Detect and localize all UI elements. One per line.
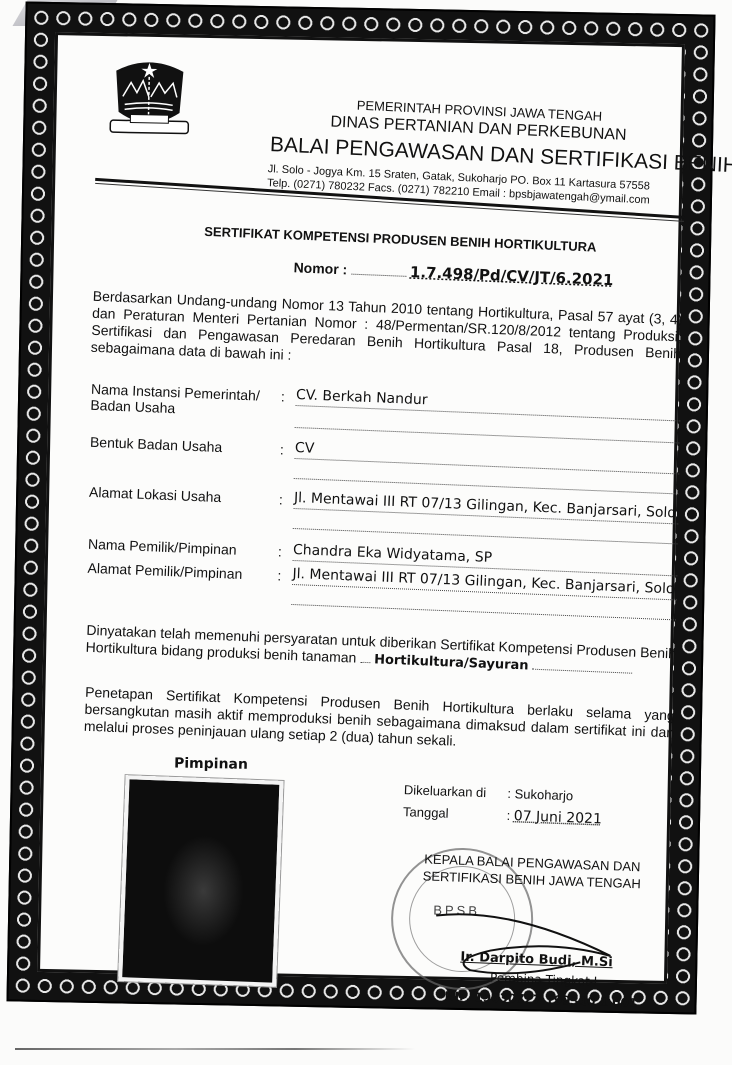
jawa-tengah-emblem-icon <box>106 56 193 148</box>
field-label: Bentuk Badan Usaha <box>90 434 280 458</box>
scan-edge <box>15 1048 415 1050</box>
number-value: 1.7.498/Pd/CV/JT/6.2021 <box>410 263 614 289</box>
field-label: Alamat Lokasi Usaha <box>89 484 279 508</box>
issued-place-value: Sukoharjo <box>514 786 573 803</box>
statement-crop: Hortikultura/Sayuran <box>374 652 529 673</box>
field-label: Nama Instansi Pemerintah/ Badan Usaha <box>90 381 281 421</box>
validity-paragraph: Penetapan Sertifikat Kompetensi Produsen… <box>84 684 676 759</box>
certificate-number: Nomor : 1.7.498/Pd/CV/JT/6.2021 <box>293 258 613 289</box>
intro-paragraph: Berdasarkan Undang-undang Nomor 13 Tahun… <box>90 288 682 380</box>
issuance-block: Dikeluarkan di : Sukoharjo Tanggal : 07 … <box>403 782 603 833</box>
certificate-body: PEMERINTAH PROVINSI JAWA TENGAH DINAS PE… <box>37 32 685 984</box>
photo-caption: Pimpinan <box>174 755 248 772</box>
field-business-type: Bentuk Badan Usaha : CV <box>90 434 680 478</box>
field-value: Jl. Mentawai III RT 07/13 Gilingan, Kec.… <box>294 490 679 524</box>
field-company-name: Nama Instansi Pemerintah/ Badan Usaha : … <box>91 381 681 425</box>
field-label: Nama Pemilik/Pimpinan <box>88 536 278 560</box>
field-value: CV <box>295 440 680 474</box>
owner-photo <box>118 775 283 987</box>
certificate-frame: PEMERINTAH PROVINSI JAWA TENGAH DINAS PE… <box>6 1 715 1014</box>
scanned-page: PEMERINTAH PROVINSI JAWA TENGAH DINAS PE… <box>0 0 732 1065</box>
field-label: Alamat Pemilik/Pimpinan <box>87 560 277 584</box>
statement-paragraph: Dinyatakan telah memenuhi persyaratan un… <box>85 622 676 681</box>
field-value: CV. Berkah Nandur <box>296 387 681 421</box>
certificate-title: SERTIFIKAT KOMPETENSI PRODUSEN BENIH HOR… <box>204 224 597 255</box>
issued-date-value: 07 Juni 2021 <box>514 808 603 827</box>
dotted-leader <box>351 274 406 277</box>
number-label: Nomor : <box>293 259 347 277</box>
